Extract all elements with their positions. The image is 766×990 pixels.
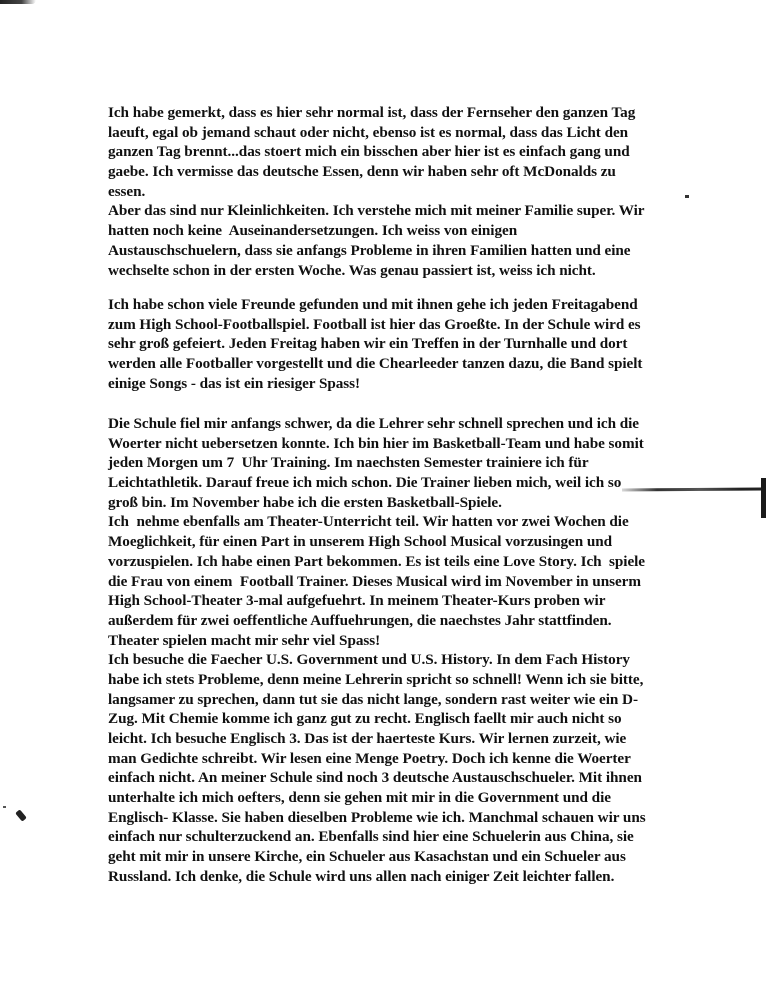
text-line: groß bin. Im November habe ich die erste…	[108, 493, 668, 513]
text-line: Zug. Mit Chemie komme ich ganz gut zu re…	[108, 709, 668, 729]
text-line: Theater spielen macht mir sehr viel Spas…	[108, 631, 668, 651]
text-line: laeuft, egal ob jemand schaut oder nicht…	[108, 123, 668, 143]
text-line: einfach nur schulterzuckend an. Ebenfall…	[108, 827, 668, 847]
text-line: unterhalte ich mich oefters, denn sie ge…	[108, 788, 668, 808]
text-line: Austauschschuelern, dass sie anfangs Pro…	[108, 241, 668, 261]
text-line: Englisch- Klasse. Sie haben dieselben Pr…	[108, 808, 668, 828]
text-line: außerdem für zwei oeffentliche Auffuehru…	[108, 611, 668, 631]
scan-artifact-edge	[761, 478, 766, 518]
text-line: wechselte schon in der ersten Woche. Was…	[108, 261, 668, 281]
text-line: einfach nicht. An meiner Schule sind noc…	[108, 768, 668, 788]
text-line: ganzen Tag brennt...das stoert mich ein …	[108, 142, 668, 162]
text-line: sehr groß gefeiert. Jeden Freitag haben …	[108, 334, 668, 354]
text-line: Ich habe gemerkt, dass es hier sehr norm…	[108, 103, 668, 123]
text-line: Russland. Ich denke, die Schule wird uns…	[108, 867, 668, 887]
text-line: Ich besuche die Faecher U.S. Government …	[108, 650, 668, 670]
text-line: jeden Morgen um 7 Uhr Training. Im naech…	[108, 453, 668, 473]
text-line: Ich habe schon viele Freunde gefunden un…	[108, 295, 668, 315]
text-line: die Frau von einem Football Trainer. Die…	[108, 572, 668, 592]
scan-artifact-mark	[15, 809, 27, 821]
text-line: Ich nehme ebenfalls am Theater-Unterrich…	[108, 512, 668, 532]
text-line: gaebe. Ich vermisse das deutsche Essen, …	[108, 162, 668, 182]
text-line: habe ich stets Probleme, denn meine Lehr…	[108, 670, 668, 690]
text-line: leicht. Ich besuche Englisch 3. Das ist …	[108, 729, 668, 749]
text-line: Woerter nicht uebersetzen konnte. Ich bi…	[108, 434, 668, 454]
scan-artifact-speck	[3, 806, 6, 808]
text-line: essen.	[108, 182, 668, 202]
paragraph-school-and-theater: Die Schule fiel mir anfangs schwer, da d…	[108, 414, 668, 887]
text-line: man Gedichte schreibt. Wir lesen eine Me…	[108, 749, 668, 769]
text-line: hatten noch keine Auseinandersetzungen. …	[108, 221, 668, 241]
text-line: Moeglichkeit, für einen Part in unserem …	[108, 532, 668, 552]
text-line: werden alle Footballer vorgestellt und d…	[108, 354, 668, 374]
text-line: Aber das sind nur Kleinlichkeiten. Ich v…	[108, 201, 668, 221]
text-line: High School-Theater 3-mal aufgefuehrt. I…	[108, 591, 668, 611]
text-line: geht mit mir in unsere Kirche, ein Schue…	[108, 847, 668, 867]
text-line: langsamer zu sprechen, dann tut sie das …	[108, 690, 668, 710]
scan-artifact-dot	[685, 195, 689, 198]
text-line: Leichtathletik. Darauf freue ich mich sc…	[108, 473, 668, 493]
text-line: einige Songs - das ist ein riesiger Spas…	[108, 374, 668, 394]
text-line: vorzuspielen. Ich habe einen Part bekomm…	[108, 552, 668, 572]
scanned-page: Ich habe gemerkt, dass es hier sehr norm…	[0, 0, 766, 990]
paragraph-tv-and-family: Ich habe gemerkt, dass es hier sehr norm…	[108, 103, 668, 280]
paragraph-friends-football: Ich habe schon viele Freunde gefunden un…	[108, 295, 668, 393]
text-line: zum High School-Footballspiel. Football …	[108, 315, 668, 335]
text-line: Die Schule fiel mir anfangs schwer, da d…	[108, 414, 668, 434]
scan-artifact-corner	[0, 0, 36, 4]
